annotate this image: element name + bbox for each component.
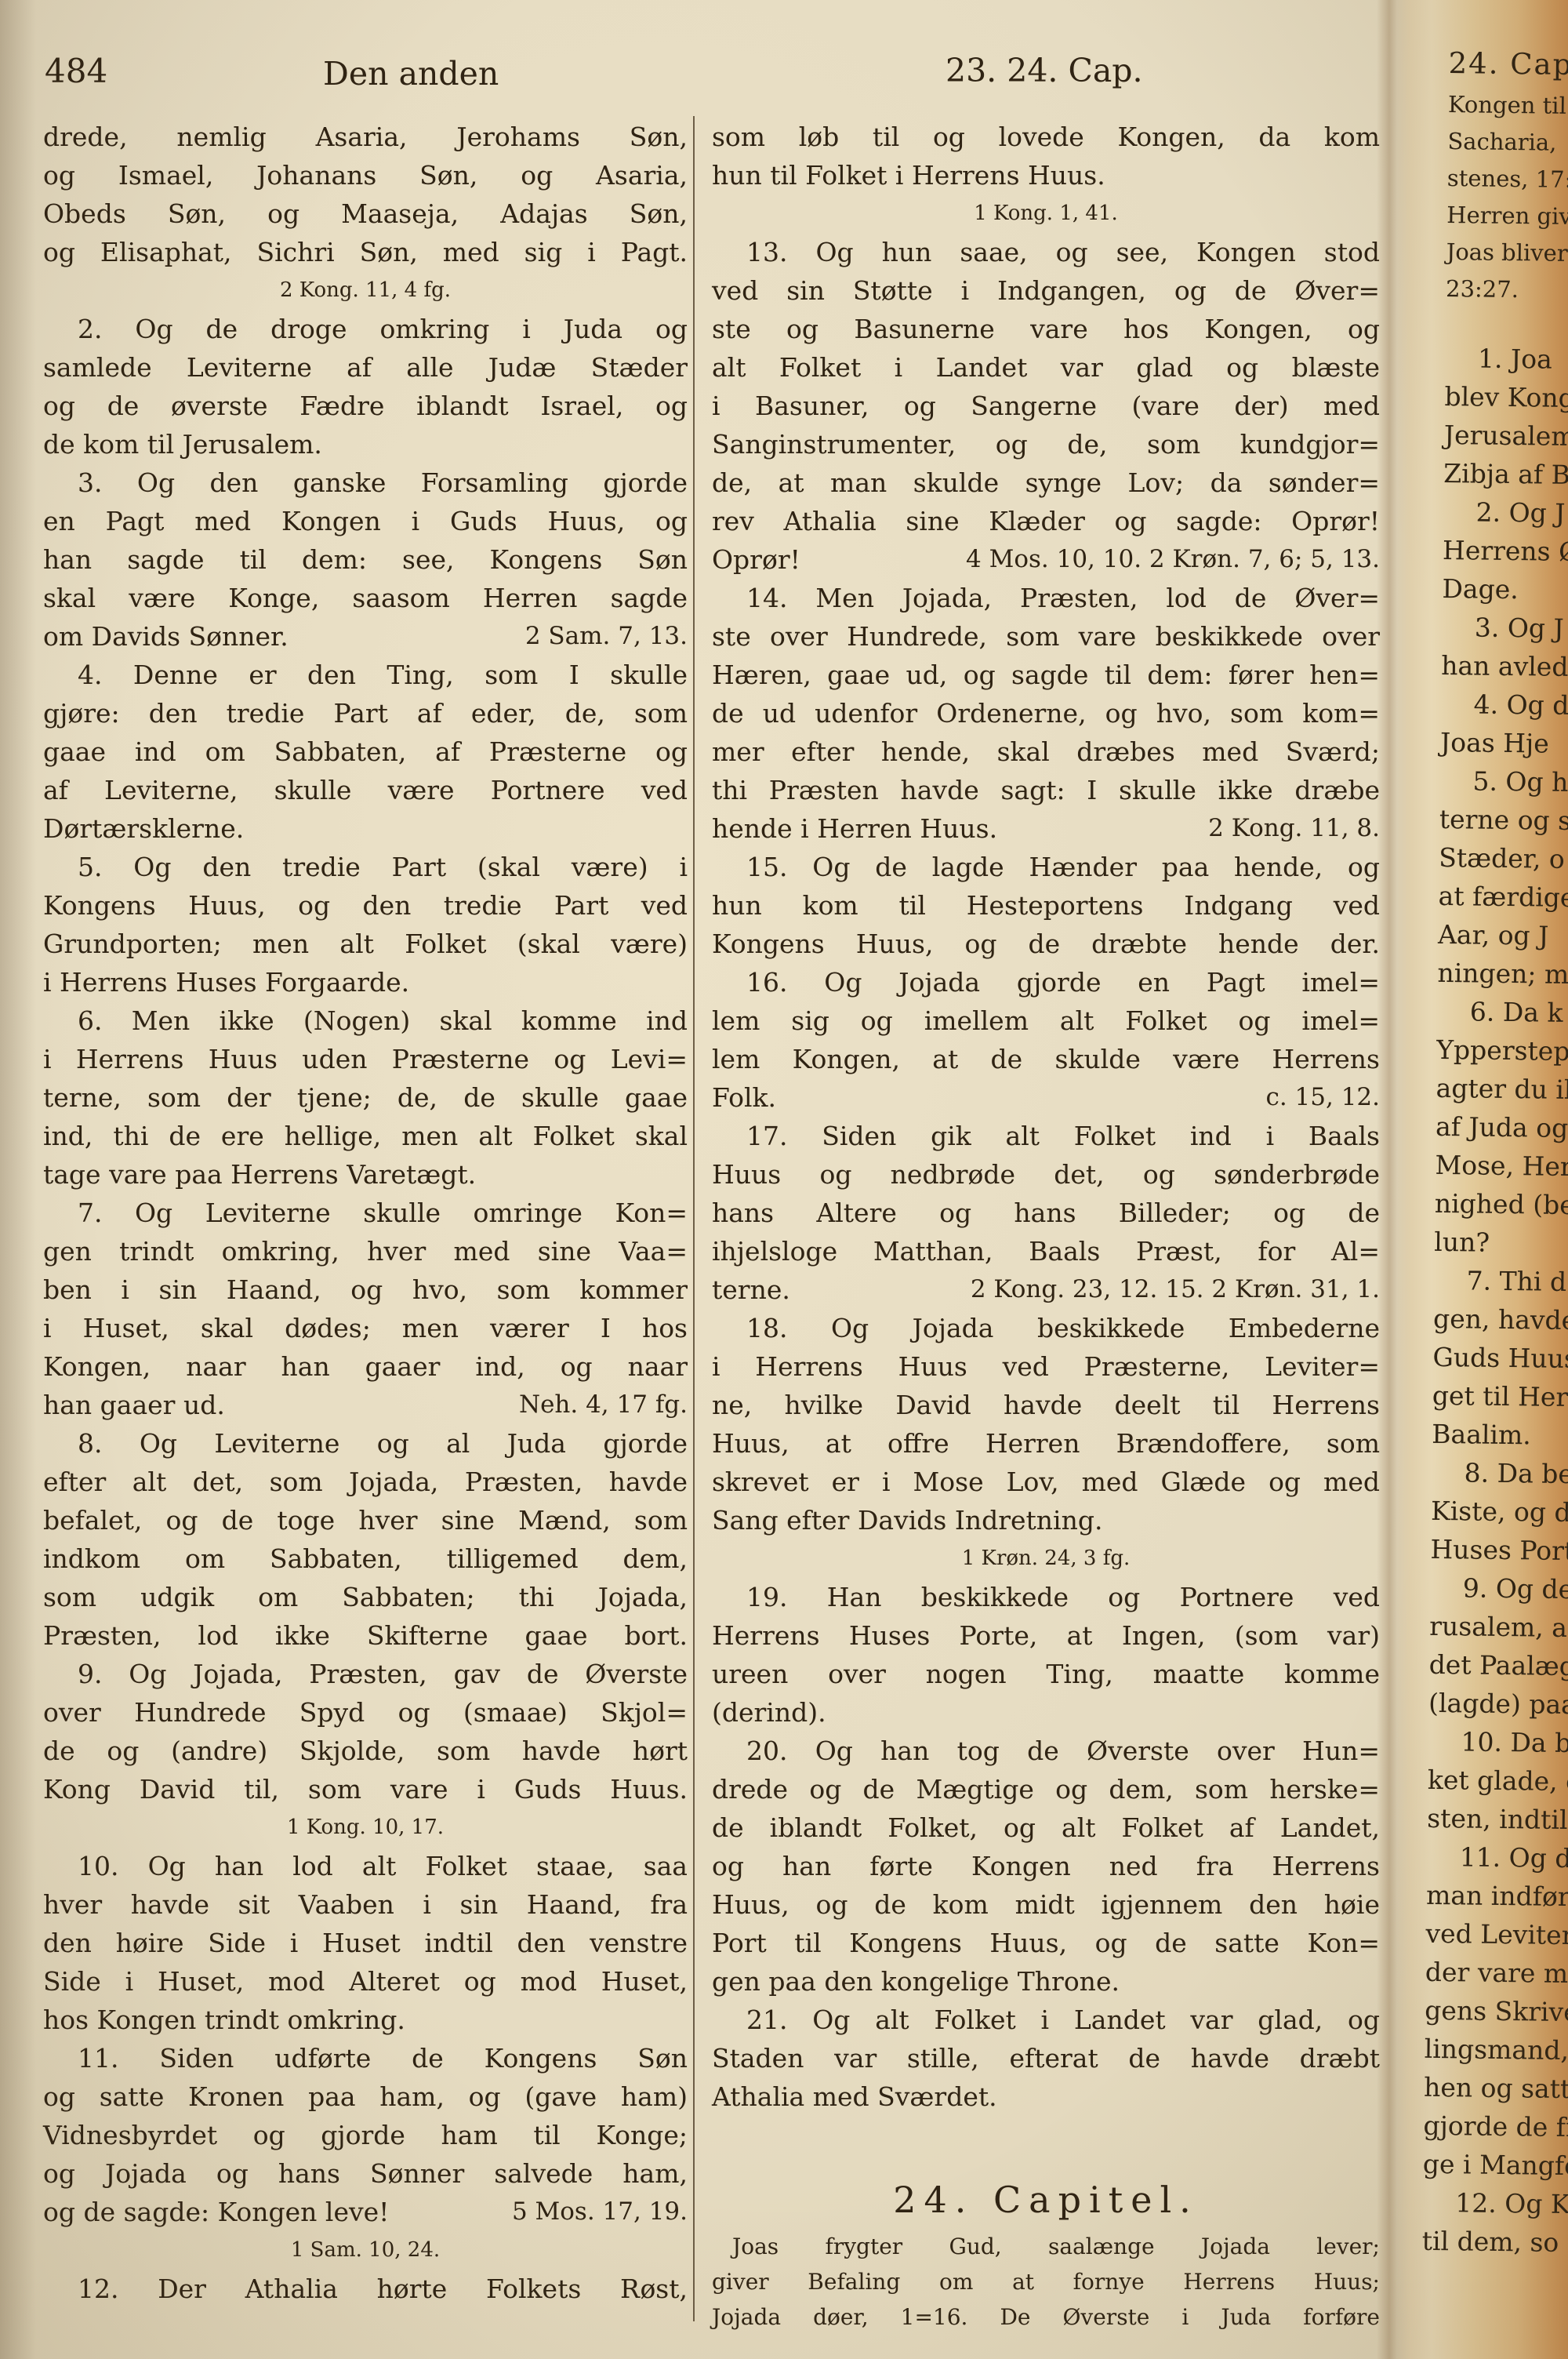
text-line: 3. Og J (1442, 608, 1568, 649)
text-line: Kongen, naar han gaaer ind, og naar (43, 1347, 688, 1386)
text-line: tage vare paa Herrens Varetægt. (43, 1155, 688, 1194)
verse-reference: 2 Sam. 7, 13. (525, 617, 688, 656)
text-line: hans Altere og hans Billeder; og de (712, 1194, 1380, 1232)
text-line: og de sagde: Kongen leve!5 Mos. 17, 19. (43, 2193, 688, 2231)
text-line: 2. Og de droge omkring i Juda og (43, 310, 688, 348)
text-line: ihjelsloge Matthan, Baals Præst, for Al= (712, 1232, 1380, 1270)
text-line: Herren give (1446, 197, 1568, 237)
text-line: drede, nemlig Asaria, Jerohams Søn, (43, 118, 688, 156)
text-line: og Elisaphat, Sichri Søn, med sig i Pagt… (43, 233, 688, 271)
verse-reference: 2 Kong. 11, 8. (1208, 809, 1380, 848)
text-line: blev Kong (1444, 377, 1568, 419)
text-line: hen og satte d (1424, 2068, 1568, 2110)
text-line: terne, som der tjene; de, de skulle gaae (43, 1078, 688, 1117)
text-line: 2 Kong. 11, 4 fg. (43, 271, 688, 310)
text-line: terne og s (1439, 800, 1568, 841)
text-line: rev Athalia sine Klæder og sagde: Oprør! (712, 502, 1380, 540)
text-line: hende i Herren Huus.2 Kong. 11, 8. (712, 809, 1380, 848)
text-line: og Jojada og hans Sønner salvede ham, (43, 2154, 688, 2193)
text-line: Dage. (1442, 569, 1568, 611)
verse-text: om Davids Sønner. (43, 617, 289, 656)
text-line: nighed (beski (1435, 1184, 1568, 1226)
verse-reference: c. 15, 12. (1265, 1078, 1380, 1117)
text-line: hun til Folket i Herrens Huus. (712, 156, 1380, 194)
text-line: de, at man skulde synge Lov; da sønder= (712, 463, 1380, 502)
text-line: (derind). (712, 1693, 1380, 1732)
right-column: som løb til og lovede Kongen, da komhun … (712, 118, 1380, 2335)
text-line: drede og de Mægtige og dem, som herske= (712, 1770, 1380, 1808)
column-divider (693, 116, 695, 2321)
text-line: ved sin Støtte i Indgangen, og de Øver= (712, 271, 1380, 310)
text-line: gaae ind om Sabbaten, af Præsterne og (43, 732, 688, 771)
text-line: 24. Capitel. (712, 2171, 1380, 2229)
text-line: man indførte K (1426, 1876, 1568, 1917)
text-line: ben i sin Haand, og hvo, som kommer (43, 1270, 688, 1309)
text-line: thi Præsten havde sagt: I skulle ikke dr… (712, 771, 1380, 809)
text-line: til dem, so (1421, 2222, 1568, 2263)
text-line: 11. Og det (1426, 1837, 1568, 1879)
left-column: drede, nemlig Asaria, Jerohams Søn,og Is… (43, 118, 688, 2308)
text-line: Jojada døer, 1=16. De Øverste i Juda for… (712, 2299, 1380, 2335)
text-line: 9. Og de l (1430, 1568, 1568, 1610)
verse-reference: Neh. 4, 17 fg. (519, 1386, 688, 1424)
text-line: 10. Da bl (1428, 1722, 1568, 1764)
text-line: efter alt det, som Jojada, Præsten, havd… (43, 1463, 688, 1501)
text-line: 7. Og Leviterne skulle omringe Kon= (43, 1194, 688, 1232)
text-line: hos Kongen trindt omkring. (43, 2001, 688, 2039)
text-line: der vare man (1425, 1953, 1568, 1994)
text-line: Port til Kongens Huus, og de satte Kon= (712, 1924, 1380, 1962)
text-line: rusalem, at d (1429, 1607, 1568, 1648)
text-line: det Paalæg, (1428, 1645, 1568, 1687)
text-line: ningen; m (1437, 954, 1568, 995)
text-line: Sacharia, (1447, 123, 1568, 163)
running-title: Den anden (323, 55, 499, 93)
text-line: 23:27. (1446, 271, 1568, 311)
text-line: indkom om Sabbaten, tilligemed dem, (43, 1539, 688, 1578)
text-line: Joas bliver (1446, 234, 1568, 274)
text-line: Oprør!4 Mos. 10, 10. 2 Krøn. 7, 6; 5, 13… (712, 540, 1380, 579)
text-line: hver havde sit Vaaben i sin Haand, fra (43, 1885, 688, 1924)
verse-text: terne. (712, 1270, 790, 1309)
text-line: 1 Sam. 10, 24. (43, 2231, 688, 2270)
text-line: Præsten, lod ikke Skifterne gaae bort. (43, 1616, 688, 1655)
text-line: 21. Og alt Folket i Landet var glad, og (712, 2001, 1380, 2039)
text-line: Huses Port. (1430, 1530, 1568, 1572)
text-line: skrevet er i Mose Lov, med Glæde og med (712, 1463, 1380, 1501)
text-line: 6. Da k (1437, 992, 1568, 1034)
text-line: Herrens Ø (1443, 531, 1568, 572)
verse-text: Oprør! (712, 540, 800, 579)
text-line: han sagde til dem: see, Kongens Søn (43, 540, 688, 579)
text-line: Athalia med Sværdet. (712, 2077, 1380, 2116)
text-line: 1. Joa (1445, 339, 1568, 380)
text-line: lingsmand, o (1424, 2030, 1568, 2071)
text-line: lem sig og imellem alt Folket og imel= (712, 1001, 1380, 1040)
text-line: stenes, 17:2 (1447, 160, 1568, 200)
text-line: ste og Basunerne vare hos Kongen, og (712, 310, 1380, 348)
text-line: og satte Kronen paa ham, og (gave ham) (43, 2077, 688, 2116)
text-line: lem Kongen, at de skulde være Herrens (712, 1040, 1380, 1078)
text-line: en Pagt med Kongen i Guds Huus, og (43, 502, 688, 540)
text-line: den høire Side i Huset indtil den venstr… (43, 1924, 688, 1962)
text-line: gjøre: den tredie Part af eder, de, som (43, 694, 688, 732)
text-line: Jerusalem (1444, 416, 1568, 457)
text-line: 12. Der Athalia hørte Folkets Røst, (43, 2270, 688, 2308)
text-line: i Herrens Huus uden Præsterne og Levi= (43, 1040, 688, 1078)
text-line: Huus og nedbrøde det, og sønderbrøde (712, 1155, 1380, 1194)
text-line: i Basuner, og Sangerne (vare der) med (712, 387, 1380, 425)
text-line: skal være Konge, saasom Herren sagde (43, 579, 688, 617)
text-line: ved Leviternes (1425, 1914, 1568, 1956)
text-line: de iblandt Folket, og alt Folket af Land… (712, 1808, 1380, 1847)
verse-reference: 2 Kong. 23, 12. 15. 2 Krøn. 31, 1. (971, 1270, 1380, 1309)
text-line: Kong David til, som vare i Guds Huus. (43, 1770, 688, 1808)
text-line: Baalim. (1432, 1415, 1568, 1456)
text-line: 1 Kong. 1, 41. (712, 194, 1380, 233)
text-line: som løb til og lovede Kongen, da kom (712, 118, 1380, 156)
text-line: Grundporten; men alt Folket (skal være) (43, 925, 688, 963)
verse-reference: 5 Mos. 17, 19. (512, 2193, 688, 2231)
text-line: Guds Huus (1432, 1338, 1568, 1379)
text-line: 8. Da bef (1431, 1453, 1568, 1495)
text-line: 11. Siden udførte de Kongens Søn (43, 2039, 688, 2077)
text-line: og de øverste Fædre iblandt Israel, og (43, 387, 688, 425)
text-line: 1 Krøn. 24, 3 fg. (712, 1539, 1380, 1578)
text-line: Vidnesbyrdet og gjorde ham til Konge; (43, 2116, 688, 2154)
text-line: Mose, Herre (1435, 1146, 1568, 1187)
chapter-header: 23. 24. Cap. (946, 52, 1143, 89)
text-line: gen, havde h (1433, 1299, 1568, 1341)
next-page-chapter-header: 24. Cap. (1448, 41, 1568, 89)
text-line: ste over Hundrede, som vare beskikkede o… (712, 617, 1380, 656)
text-line: at færdige (1438, 877, 1568, 918)
text-line: befalet, og de toge hver sine Mænd, som (43, 1501, 688, 1539)
text-line: Herrens Huses Porte, at Ingen, (som var) (712, 1616, 1380, 1655)
text-line: ureen over nogen Ting, maatte komme (712, 1655, 1380, 1693)
text-line: Kongens Huus, og den tredie Part ved (43, 886, 688, 925)
text-line: hun kom til Hesteportens Indgang ved (712, 886, 1380, 925)
text-line: ne, hvilke David havde deelt til Herrens (712, 1386, 1380, 1424)
text-line: ket glade, og b (1428, 1761, 1568, 1802)
text-line: de kom til Jerusalem. (43, 425, 688, 463)
text-line: Hæren, gaae ud, og sagde til dem: fører … (712, 656, 1380, 694)
text-line: Stæder, o (1439, 838, 1568, 880)
text-line: 10. Og han lod alt Folket staae, saa (43, 1847, 688, 1885)
text-line: 5. Og den tredie Part (skal være) i (43, 848, 688, 886)
text-line: sten, indtil de (1427, 1799, 1568, 1841)
verse-text: hende i Herren Huus. (712, 809, 997, 848)
text-line: Kongens Huus, og de dræbte hende der. (712, 925, 1380, 963)
text-line: 9. Og Jojada, Præsten, gav de Øverste (43, 1655, 688, 1693)
text-line: get til Herre (1432, 1376, 1568, 1418)
text-line: gen trindt omkring, hver med sine Vaa= (43, 1232, 688, 1270)
text-line: og han førte Kongen ned fra Herrens (712, 1847, 1380, 1885)
text-line: Obeds Søn, og Maaseja, Adajas Søn, (43, 194, 688, 233)
text-line: som udgik om Sabbaten; thi Jojada, (43, 1578, 688, 1616)
text-line: gjorde de fra D (1423, 2106, 1568, 2148)
text-line: Aar, og J (1438, 915, 1568, 957)
text-line: lun? (1434, 1223, 1568, 1264)
text-line: 8. Og Leviterne og al Juda gjorde (43, 1424, 688, 1463)
left-edge-shadow (0, 0, 36, 2359)
text-line: agter du ikk (1436, 1069, 1568, 1110)
text-line: af Juda og (1436, 1107, 1568, 1149)
text-line: Zibja af B (1443, 454, 1568, 496)
text-line: i Herrens Huses Forgaarde. (43, 963, 688, 1001)
text-line: og Ismael, Johanans Søn, og Asaria, (43, 156, 688, 194)
text-line: Sang efter Davids Indretning. (712, 1501, 1380, 1539)
text-line: Joas Hje (1440, 723, 1568, 765)
text-line: over Hundrede Spyd og (smaae) Skjol= (43, 1693, 688, 1732)
text-line: Dørtærsklerne. (43, 809, 688, 848)
text-line: Side i Huset, mod Alteret og mod Huset, (43, 1962, 688, 2001)
verse-text: og de sagde: Kongen leve! (43, 2193, 389, 2231)
page-number: 484 (45, 52, 107, 90)
text-line: Staden var stille, efterat de havde dræb… (712, 2039, 1380, 2077)
text-line: 5. Og h (1439, 761, 1568, 803)
verse-text: han gaaer ud. (43, 1386, 225, 1424)
text-line: 3. Og den ganske Forsamling gjorde (43, 463, 688, 502)
text-line: gen paa den kongelige Throne. (712, 1962, 1380, 2001)
text-line: Joas frygter Gud, saalænge Jojada lever; (712, 2229, 1380, 2264)
text-line: 6. Men ikke (Nogen) skal komme ind (43, 1001, 688, 1040)
text-line: 1 Kong. 10, 17. (43, 1808, 688, 1847)
text-line: terne.2 Kong. 23, 12. 15. 2 Krøn. 31, 1. (712, 1270, 1380, 1309)
text-line: 14. Men Jojada, Præsten, lod de Øver= (712, 579, 1380, 617)
text-line: Sanginstrumenter, og de, som kundgjor= (712, 425, 1380, 463)
text-line: i Huset, skal dødes; men værer I hos (43, 1309, 688, 1347)
text-line: samlede Leviterne af alle Judæ Stæder (43, 348, 688, 387)
text-line: de ud udenfor Ordenerne, og hvo, som kom… (712, 694, 1380, 732)
text-line: 20. Og han tog de Øverste over Hun= (712, 1732, 1380, 1770)
text-line: 2. Og J (1443, 493, 1568, 534)
text-line: om Davids Sønner.2 Sam. 7, 13. (43, 617, 688, 656)
text-line: Huus, og de kom midt igjennem den høie (712, 1885, 1380, 1924)
text-line: 7. Thi d (1433, 1261, 1568, 1303)
text-line: Kongen til (1448, 86, 1568, 126)
book-page: 484 Den anden 23. 24. Cap. drede, nemlig… (0, 0, 1568, 2359)
verse-reference: 4 Mos. 10, 10. 2 Krøn. 7, 6; 5, 13. (966, 540, 1380, 579)
text-line: 4. Denne er den Ting, som I skulle (43, 656, 688, 694)
text-line: gens Skriver o (1425, 1991, 1568, 2033)
text-line: Kiste, og de (1431, 1492, 1568, 1533)
text-line: mer efter hende, skal dræbes med Sværd; (712, 732, 1380, 771)
text-line: 18. Og Jojada beskikkede Embederne (712, 1309, 1380, 1347)
text-line: 4. Og d (1440, 685, 1568, 726)
text-line: 15. Og de lagde Hænder paa hende, og (712, 848, 1380, 886)
text-line: 16. Og Jojada gjorde en Pagt imel= (712, 963, 1380, 1001)
text-line: alt Folket i Landet var glad og blæste (712, 348, 1380, 387)
text-line: 12. Og Ko (1422, 2183, 1568, 2225)
text-line: han gaaer ud.Neh. 4, 17 fg. (43, 1386, 688, 1424)
text-line: Folk.c. 15, 12. (712, 1078, 1380, 1117)
text-line: af Leviterne, skulle være Portnere ved (43, 771, 688, 809)
text-line: ind, thi de ere hellige, men alt Folket … (43, 1117, 688, 1155)
text-line: han avled (1441, 646, 1568, 688)
verse-text: Folk. (712, 1078, 776, 1117)
text-line: 19. Han beskikkede og Portnere ved (712, 1578, 1380, 1616)
text-line: Ypperstepræ (1436, 1030, 1568, 1072)
next-page-lines: Kongen tilSacharia,stenes, 17:2Herren gi… (1421, 86, 1568, 2263)
text-line: Huus, at offre Herren Brændoffere, som (712, 1424, 1380, 1463)
text-line: i Herrens Huus ved Præsterne, Leviter= (712, 1347, 1380, 1386)
text-line: giver Befaling om at fornye Herrens Huus… (712, 2264, 1380, 2299)
text-line: 13. Og hun saae, og see, Kongen stod (712, 233, 1380, 271)
text-line: (lagde) paa J (1428, 1684, 1568, 1725)
text-line (1445, 307, 1568, 342)
text-line: ge i Mangfold (1423, 2145, 1568, 2186)
text-line: 17. Siden gik alt Folket ind i Baals (712, 1117, 1380, 1155)
text-line: de og (andre) Skjolde, som havde hørt (43, 1732, 688, 1770)
